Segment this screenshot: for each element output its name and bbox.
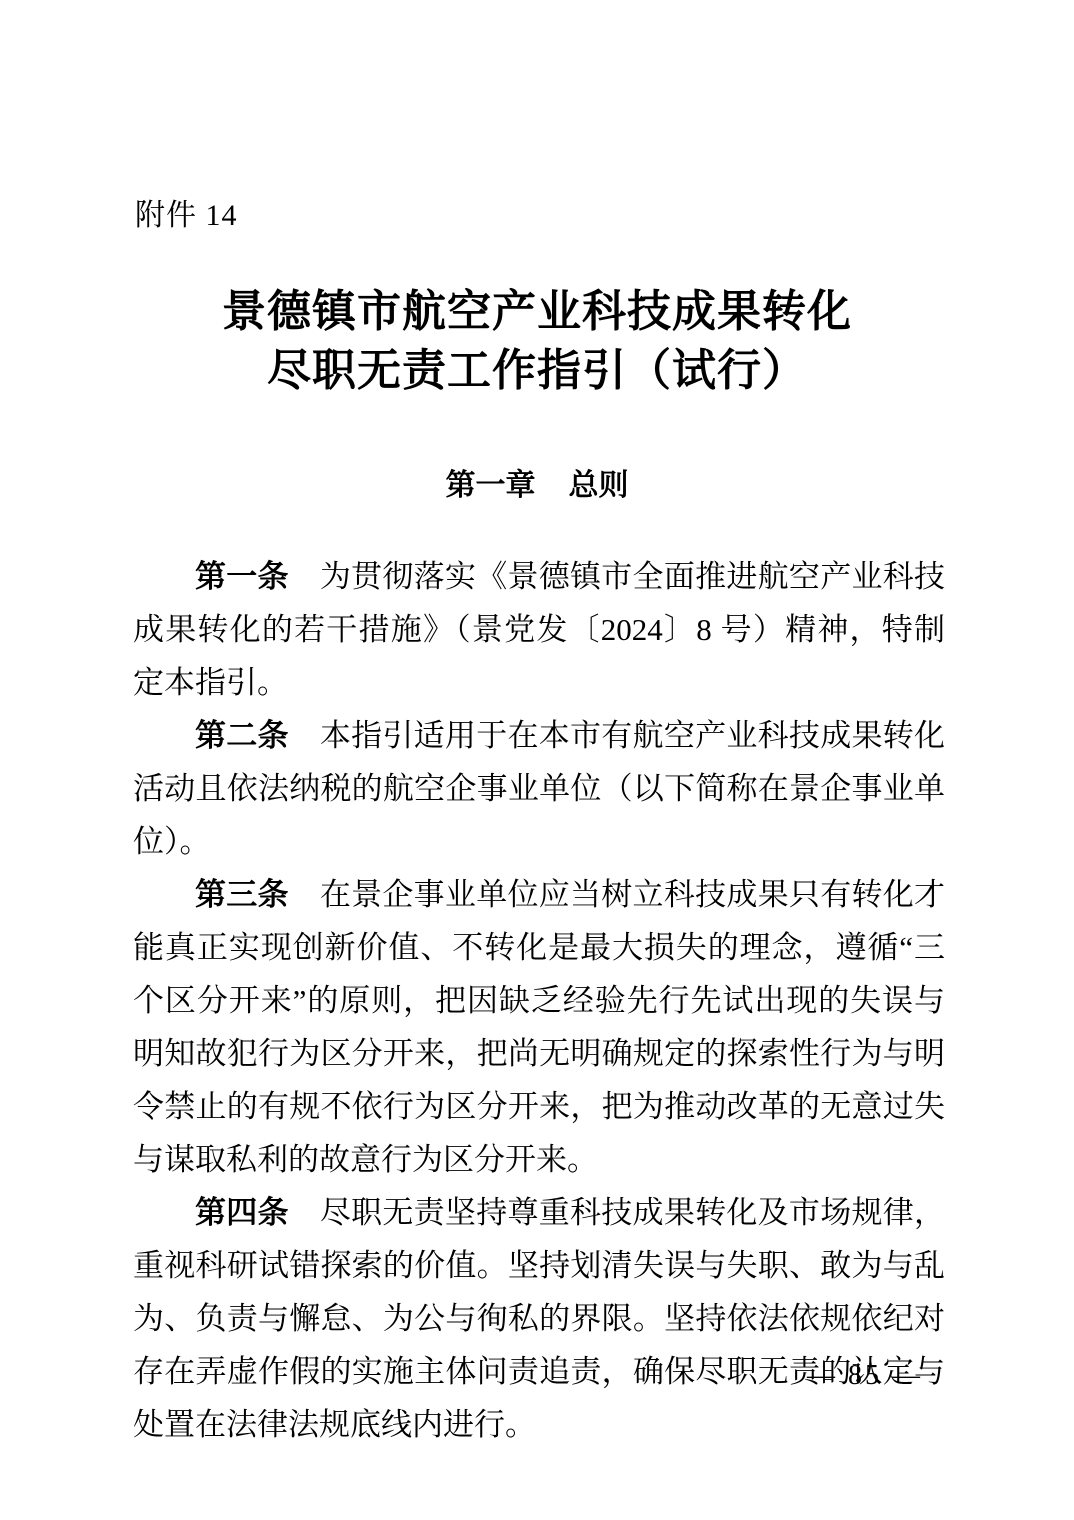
- article-1: 第一条为贯彻落实《景德镇市全面推进航空产业科技成果转化的若干措施》（景党发〔20…: [133, 550, 945, 709]
- chapter-number: 第一章: [446, 469, 536, 502]
- article-4-text: 尽职无责坚持尊重科技成果转化及市场规律，重视科研试错探索的价值。坚持划清失误与失…: [133, 1195, 945, 1442]
- article-2-label: 第二条: [195, 718, 289, 753]
- article-2: 第二条本指引适用于在本市有航空产业科技成果转化活动且依法纳税的航空企事业单位（以…: [133, 709, 945, 868]
- article-3: 第三条在景企事业单位应当树立科技成果只有转化才能真正实现创新价值、不转化是最大损…: [133, 868, 945, 1186]
- attachment-label: 附件 14: [135, 190, 238, 234]
- page-number: — 85 —: [807, 1360, 923, 1392]
- document-page: 附件 14 景德镇市航空产业科技成果转化 尽职无责工作指引（试行） 第一章总则 …: [0, 0, 1074, 1520]
- article-1-label: 第一条: [195, 559, 289, 594]
- document-title: 景德镇市航空产业科技成果转化 尽职无责工作指引（试行）: [0, 282, 1074, 400]
- chapter-title: 总则: [569, 469, 629, 502]
- document-title-line-1: 景德镇市航空产业科技成果转化: [0, 282, 1074, 341]
- document-body: 第一条为贯彻落实《景德镇市全面推进航空产业科技成果转化的若干措施》（景党发〔20…: [133, 550, 945, 1451]
- document-title-line-2: 尽职无责工作指引（试行）: [0, 341, 1074, 400]
- chapter-heading: 第一章总则: [0, 460, 1074, 504]
- article-3-label: 第三条: [195, 877, 289, 912]
- article-4-label: 第四条: [195, 1195, 289, 1230]
- article-4: 第四条尽职无责坚持尊重科技成果转化及市场规律，重视科研试错探索的价值。坚持划清失…: [133, 1186, 945, 1451]
- article-3-text: 在景企事业单位应当树立科技成果只有转化才能真正实现创新价值、不转化是最大损失的理…: [133, 877, 945, 1177]
